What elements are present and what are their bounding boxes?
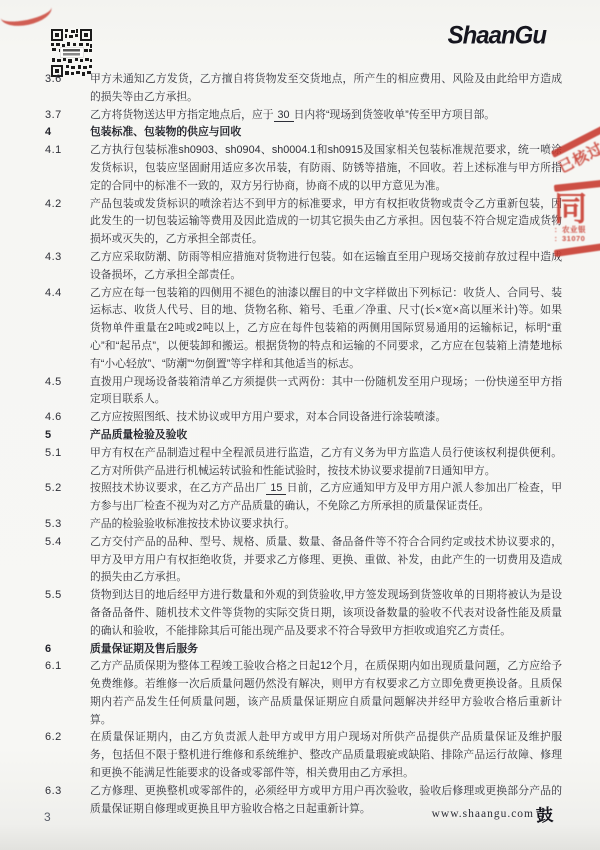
text-segment: 乙方应按照图纸、技术协议或甲方用户要求，对本合同设备进行涂装喷漆。 bbox=[90, 411, 446, 423]
clause-row: 5.4乙方交付产品的品种、型号、规格、质量、数量、备品备件等不符合合同约定或技术… bbox=[45, 534, 562, 587]
filled-blank-value: 30 bbox=[274, 109, 294, 122]
stamp-border-bar bbox=[554, 242, 600, 257]
clause-number: 4 bbox=[45, 124, 90, 142]
clause-number: 4.5 bbox=[45, 374, 90, 392]
clause-number: 5 bbox=[45, 427, 90, 445]
clause-row: 3.7乙方将货物送达甲方指定地点后，应于30日内将“现场到货签收单”传至甲方项目… bbox=[45, 107, 562, 125]
clause-text: 乙方产品质保期为整体工程竣工验收合格之日起12个月，在质保期内如出现质量问题，乙… bbox=[90, 658, 562, 729]
clause-row: 4.2产品包装或发货标识的喷涂若达不到甲方的标准要求，甲方有权拒收货物或责令乙方… bbox=[45, 196, 562, 249]
clause-row: 5.3产品的检验验收标准按技术协议要求执行。 bbox=[45, 516, 562, 534]
text-segment: 产品质量检验及验收 bbox=[90, 429, 187, 441]
contract-page: ShaanGu 3.6甲方未通知乙方发货，乙方擅自将货物发至交货地点，所产生的相… bbox=[0, 0, 600, 850]
text-segment: 乙方应在每一包装箱的四侧用不褪色的油漆以醒目的中文字样做出下列标记：收货人、合同… bbox=[90, 287, 562, 370]
clause-number: 5.1 bbox=[45, 445, 90, 463]
clause-number: 3.7 bbox=[45, 107, 90, 125]
text-segment: 甲方未通知乙方发货，乙方擅自将货物发至交货地点，所产生的相应费用、风险及由此给甲… bbox=[90, 73, 562, 103]
text-segment: 乙方交付产品的品种、型号、规格、质量、数量、备品备件等不符合合同约定或技术协议要… bbox=[90, 536, 562, 584]
shaangu-logo: ShaanGu bbox=[448, 21, 546, 50]
drum-seal-icon: 鼓 bbox=[535, 800, 555, 826]
text-segment: 在质量保证期内，由乙方负责派人赴甲方或甲方用户现场对所供产品提供产品质量保证及维… bbox=[90, 731, 562, 779]
clause-number: 5.5 bbox=[45, 587, 90, 605]
stamp-big-character: 同 bbox=[554, 192, 600, 226]
text-segment: 日内将“现场到货签收单”传至甲方项目部。 bbox=[294, 109, 496, 121]
clause-number: 6.2 bbox=[45, 729, 90, 747]
clause-number: 4.6 bbox=[45, 409, 90, 427]
clause-row: 3.6甲方未通知乙方发货，乙方擅自将货物发至交货地点，所产生的相应费用、风险及由… bbox=[45, 71, 562, 107]
clause-text: 乙方执行包装标准sh0903、sh0904、sh0004.1和sh0915及国家… bbox=[90, 142, 562, 195]
clause-row: 4.6乙方应按照图纸、技术协议或甲方用户要求，对本合同设备进行涂装喷漆。 bbox=[45, 409, 562, 427]
filled-blank-value: 15 bbox=[266, 482, 286, 495]
text-segment: 乙方执行包装标准sh0903、sh0904、sh0004.1和sh0915及国家… bbox=[90, 144, 562, 192]
stamp-arc-fragment bbox=[0, 0, 54, 30]
clause-list: 3.6甲方未通知乙方发货，乙方擅自将货物发至交货地点，所产生的相应费用、风险及由… bbox=[45, 71, 562, 818]
clause-row: 5.5货物到达目的地后经甲方进行数量和外观的到货验收,甲方签发现场到货签收单的日… bbox=[45, 587, 562, 640]
stamp-account-line: ：31070 bbox=[554, 235, 600, 244]
text-segment: 包装标准、包装物的供应与回收 bbox=[90, 126, 241, 138]
clause-number: 6.3 bbox=[45, 783, 90, 801]
section-heading-row: 5产品质量检验及验收 bbox=[45, 427, 562, 445]
text-segment: 乙方将货物送达甲方指定地点后，应于 bbox=[90, 109, 274, 121]
clause-text: 货物到达目的地后经甲方进行数量和外观的到货验收,甲方签发现场到货签收单的日期将被… bbox=[90, 587, 562, 640]
clause-number: 4.2 bbox=[45, 196, 90, 214]
clause-text: 乙方应在每一包装箱的四侧用不褪色的油漆以醒目的中文字样做出下列标记：收货人、合同… bbox=[90, 285, 562, 374]
clause-number: 4.4 bbox=[45, 285, 90, 303]
clause-number: 6 bbox=[45, 641, 90, 659]
section-heading-text: 质量保证期及售后服务 bbox=[90, 641, 562, 659]
clause-row: 5.2按照技术协议要求，在乙方产品出厂15日前，乙方应通知甲方及甲方用户派人参加… bbox=[45, 480, 562, 516]
clause-text: 产品的检验验收标准按技术协议要求执行。 bbox=[90, 516, 562, 534]
clause-number: 6.1 bbox=[45, 658, 90, 676]
page-number: 3 bbox=[44, 810, 51, 824]
text-segment: 乙方应采取防潮、防雨等相应措施对货物进行包装。如在运输直至用户现场交接前存放过程… bbox=[90, 251, 562, 281]
clause-text: 乙方交付产品的品种、型号、规格、质量、数量、备品备件等不符合合同约定或技术协议要… bbox=[90, 534, 562, 587]
section-heading-text: 包装标准、包装物的供应与回收 bbox=[90, 124, 562, 142]
clause-number: 5.2 bbox=[45, 480, 90, 498]
clause-text: 甲方有权在产品制造过程中全程派员进行监造，乙方有义务为甲方监造人员行使该权利提供… bbox=[90, 445, 562, 481]
clause-text: 乙方将货物送达甲方指定地点后，应于30日内将“现场到货签收单”传至甲方项目部。 bbox=[90, 107, 562, 125]
text-segment: 质量保证期及售后服务 bbox=[90, 643, 198, 655]
website-url: www.shaangu.com bbox=[432, 808, 534, 820]
text-segment: 按照技术协议要求，在乙方产品出厂 bbox=[90, 482, 266, 494]
clause-row: 4.3乙方应采取防潮、防雨等相应措施对货物进行包装。如在运输直至用户现场交接前存… bbox=[45, 249, 562, 285]
clause-row: 5.1甲方有权在产品制造过程中全程派员进行监造，乙方有义务为甲方监造人员行使该权… bbox=[45, 445, 562, 481]
section-heading-text: 产品质量检验及验收 bbox=[90, 427, 562, 445]
clause-number: 4.1 bbox=[45, 142, 90, 160]
text-segment: 乙方产品质保期为整体工程竣工验收合格之日起12个月，在质保期内如出现质量问题，乙… bbox=[90, 660, 562, 725]
clause-text: 乙方应采取防潮、防雨等相应措施对货物进行包装。如在运输直至用户现场交接前存放过程… bbox=[90, 249, 562, 285]
clause-text: 甲方未通知乙方发货，乙方擅自将货物发至交货地点，所产生的相应费用、风险及由此给甲… bbox=[90, 71, 562, 107]
clause-text: 直拨用户现场设备装箱清单乙方须提供一式两份：其中一份随机发至用户现场；一份快递至… bbox=[90, 374, 562, 410]
text-segment: 直拨用户现场设备装箱清单乙方须提供一式两份：其中一份随机发至用户现场；一份快递至… bbox=[90, 376, 562, 406]
clause-number: 3.6 bbox=[45, 71, 90, 89]
contract-seal-fragment: 同 ：农业银 ：31070 bbox=[554, 182, 600, 253]
text-segment: 产品的检验验收标准按技术协议要求执行。 bbox=[90, 518, 295, 530]
footer-website: www.shaangu.com鼓 bbox=[432, 801, 554, 826]
clause-text: 产品包装或发货标识的喷涂若达不到甲方的标准要求，甲方有权拒收货物或责令乙方重新包… bbox=[90, 196, 562, 249]
text-segment: 甲方有权在产品制造过程中全程派员进行监造，乙方有义务为甲方监造人员行使该权利提供… bbox=[90, 447, 562, 477]
text-segment: 产品包装或发货标识的喷涂若达不到甲方的标准要求，甲方有权拒收货物或责令乙方重新包… bbox=[90, 198, 562, 246]
clause-number: 5.4 bbox=[45, 534, 90, 552]
clause-row: 4.4乙方应在每一包装箱的四侧用不褪色的油漆以醒目的中文字样做出下列标记：收货人… bbox=[45, 285, 562, 374]
clause-row: 4.1乙方执行包装标准sh0903、sh0904、sh0004.1和sh0915… bbox=[45, 142, 562, 195]
clause-number: 4.3 bbox=[45, 249, 90, 267]
clause-row: 6.2在质量保证期内，由乙方负责派人赴甲方或甲方用户现场对所供产品提供产品质量保… bbox=[45, 729, 562, 782]
section-heading-row: 6质量保证期及售后服务 bbox=[45, 641, 562, 659]
clause-text: 乙方应按照图纸、技术协议或甲方用户要求，对本合同设备进行涂装喷漆。 bbox=[90, 409, 562, 427]
text-segment: 货物到达目的地后经甲方进行数量和外观的到货验收,甲方签发现场到货签收单的日期将被… bbox=[90, 589, 562, 637]
section-heading-row: 4包装标准、包装物的供应与回收 bbox=[45, 124, 562, 142]
clause-row: 4.5直拨用户现场设备装箱清单乙方须提供一式两份：其中一份随机发至用户现场；一份… bbox=[45, 374, 562, 410]
clause-number: 5.3 bbox=[45, 516, 90, 534]
clause-text: 按照技术协议要求，在乙方产品出厂15日前，乙方应通知甲方及甲方用户派人参加出厂检… bbox=[90, 480, 562, 516]
clause-text: 在质量保证期内，由乙方负责派人赴甲方或甲方用户现场对所供产品提供产品质量保证及维… bbox=[90, 729, 562, 782]
clause-row: 6.1乙方产品质保期为整体工程竣工验收合格之日起12个月，在质保期内如出现质量问… bbox=[45, 658, 562, 729]
